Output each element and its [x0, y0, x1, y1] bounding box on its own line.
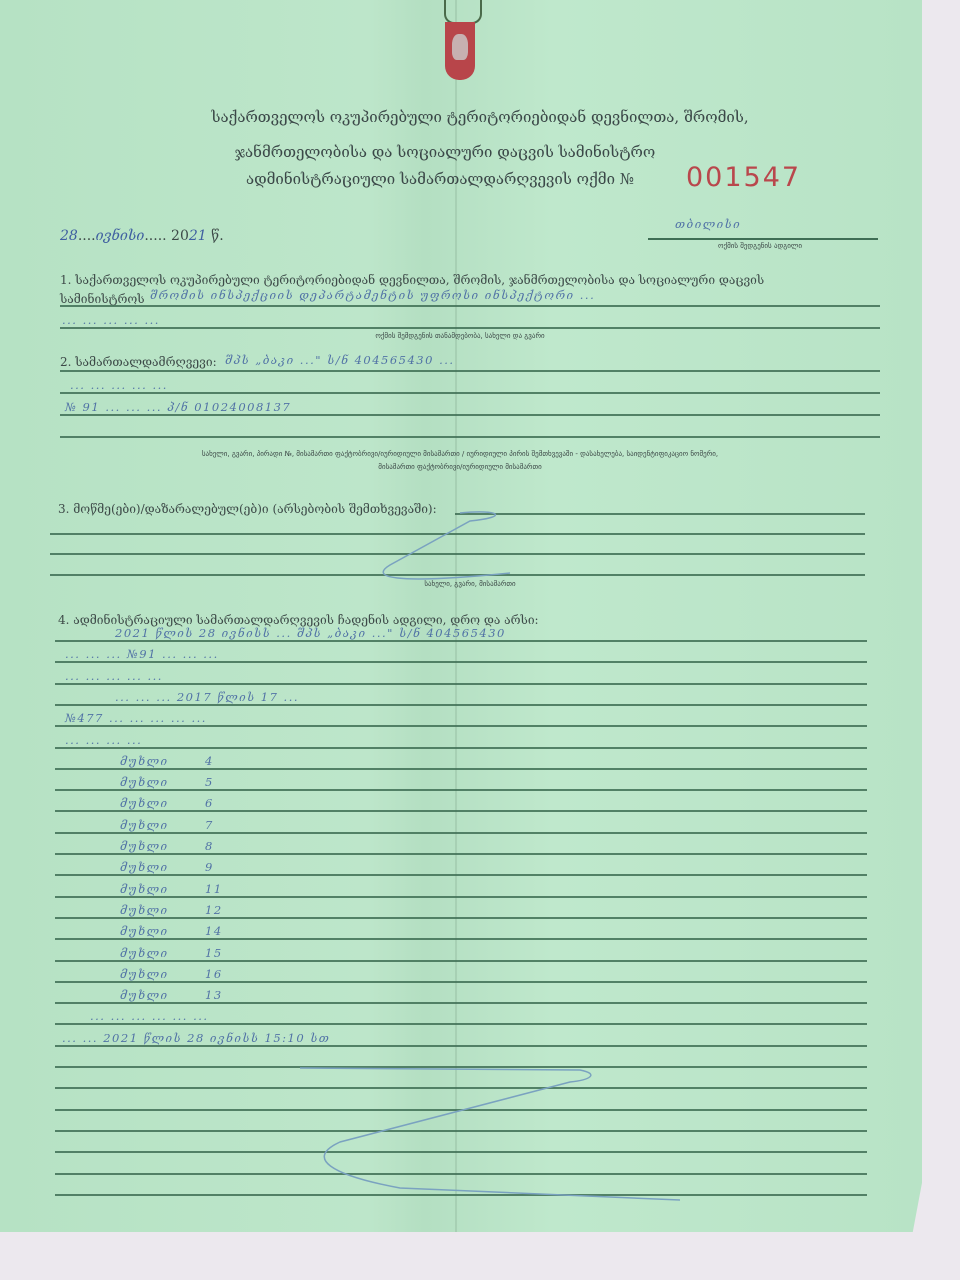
section4-closing-line: ... ... ... ... ... ...	[90, 1009, 209, 1023]
rule-line	[55, 1130, 867, 1132]
date-year: 21	[189, 228, 207, 244]
article-number: 14	[205, 924, 223, 938]
article-number: 7	[205, 818, 214, 832]
rule-line	[55, 1194, 867, 1196]
place-value: თბილისი	[675, 217, 741, 231]
article-number: 6	[205, 796, 214, 810]
section4-hand-line: №477 ... ... ... ... ...	[65, 711, 207, 725]
article-label: მუხლი	[120, 967, 169, 981]
rule-line	[55, 874, 867, 876]
rule-line	[55, 661, 867, 663]
rule-line	[55, 1087, 867, 1089]
article-number: 4	[205, 754, 214, 768]
rule-line	[60, 305, 880, 307]
section2-hand-1: შპს „ბაკი ..." ს/ნ 404565430 ...	[225, 353, 455, 367]
article-label: მუხლი	[120, 882, 169, 896]
section2-hand-2: ... ... ... ... ...	[70, 378, 168, 392]
section2-label: 2. სამართალდამრღვევი:	[60, 355, 217, 369]
rule-line	[55, 1173, 867, 1175]
article-label: მუხლი	[120, 818, 169, 832]
article-number: 11	[205, 882, 223, 896]
section4-closing-line: ... ... 2021 წლის 28 ივნისს 15:10 სთ	[62, 1031, 330, 1045]
section3-caption: სახელი, გვარი, მისამართი	[300, 580, 640, 588]
article-label: მუხლი	[120, 775, 169, 789]
rule-line	[55, 896, 867, 898]
article-label: მუხლი	[120, 988, 169, 1002]
article-number: 16	[205, 967, 223, 981]
section1-label-cont: სამინისტროს	[60, 292, 145, 306]
rule-line	[55, 938, 867, 940]
article-number: 13	[205, 988, 223, 1002]
rule-line	[55, 683, 867, 685]
article-label: მუხლი	[120, 903, 169, 917]
rule-line	[55, 981, 867, 983]
section2-caption-2: მისამართი ფაქტობრივი/იურიდიული მისამართი	[100, 463, 820, 471]
rule-line	[60, 370, 880, 372]
protocol-number: 001547	[686, 162, 801, 193]
rule-line	[55, 1109, 867, 1111]
place-caption: ოქმის შედგენის ადგილი	[640, 242, 880, 250]
section3-label: 3. მოწმე(ები)/დაზარალებულ(ებ)ი (არსებობი…	[58, 502, 437, 516]
article-label: მუხლი	[120, 796, 169, 810]
date-month: ივნისი	[96, 228, 145, 244]
section1-label: 1. საქართველოს ოკუპირებული ტერიტორიებიდა…	[60, 273, 764, 287]
place-line	[648, 238, 878, 240]
rule-line	[55, 768, 867, 770]
rule-line	[55, 704, 867, 706]
section4-hand-line: ... ... ... ... ...	[65, 669, 163, 683]
article-number: 5	[205, 775, 214, 789]
section1-hand-1: შრომის ინსპექციის დეპარტამენტის უფროსი ი…	[150, 288, 595, 302]
rule-line	[55, 640, 867, 642]
protocol-form: საქართველოს ოკუპირებული ტერიტორიებიდან დ…	[0, 0, 922, 1232]
article-label: მუხლი	[120, 839, 169, 853]
ministry-title-line2: ჯანმრთელობისა და სოციალური დაცვის სამინი…	[0, 143, 925, 161]
article-number: 12	[205, 903, 223, 917]
section4-hand-line: ... ... ... 2017 წლის 17 ...	[115, 690, 299, 704]
section4-hand-line: ... ... ... ...	[65, 733, 142, 747]
rule-line	[50, 574, 865, 576]
rule-line	[55, 832, 867, 834]
rule-line	[55, 960, 867, 962]
rule-line	[55, 1023, 867, 1025]
rule-line	[55, 917, 867, 919]
z-strike-scribble	[330, 505, 530, 585]
rule-line	[60, 327, 880, 329]
rule-line	[50, 553, 865, 555]
rule-line	[60, 392, 880, 394]
rule-line	[55, 789, 867, 791]
date-day: 28	[60, 228, 78, 244]
coat-of-arms-icon	[442, 0, 478, 85]
section1-caption: ოქმის შემდგენის თანამდებობა, სახელი და გ…	[260, 332, 660, 340]
article-number: 8	[205, 839, 214, 853]
article-label: მუხლი	[120, 924, 169, 938]
date-field: 28....ივნისი..... 2021 წ.	[60, 228, 224, 244]
rule-line	[60, 436, 880, 438]
rule-line	[55, 853, 867, 855]
article-number: 15	[205, 946, 223, 960]
rule-line	[60, 414, 880, 416]
section2-caption-1: სახელი, გვარი, პირადი №, მისამართი ფაქტო…	[100, 450, 820, 458]
article-label: მუხლი	[120, 754, 169, 768]
article-label: მუხლი	[120, 946, 169, 960]
rule-line	[55, 747, 867, 749]
section4-hand-line: ... ... ... №91 ... ... ...	[65, 647, 219, 661]
rule-line	[55, 1151, 867, 1153]
section1-hand-2: ... ... ... ... ...	[62, 313, 160, 327]
rule-line	[55, 1002, 867, 1004]
rule-line	[50, 533, 865, 535]
article-number: 9	[205, 860, 214, 874]
section2-hand-3: № 91 ... ... ... პ/ნ 01024008137	[65, 400, 291, 414]
rule-line	[55, 1045, 867, 1047]
section4-label: 4. ადმინისტრაციული სამართალდარღვევის ჩად…	[58, 613, 539, 627]
rule-line	[55, 725, 867, 727]
article-label: მუხლი	[120, 860, 169, 874]
rule-line	[55, 810, 867, 812]
rule-line	[55, 1066, 867, 1068]
section4-hand-line: 2021 წლის 28 ივნისს ... შპს „ბაკი ..." ს…	[115, 626, 506, 640]
rule-line	[455, 513, 865, 515]
ministry-title-line1: საქართველოს ოკუპირებული ტერიტორიებიდან დ…	[0, 108, 960, 126]
